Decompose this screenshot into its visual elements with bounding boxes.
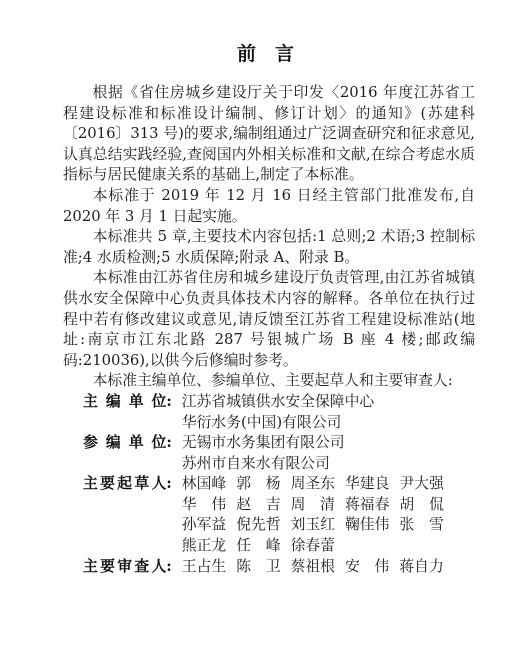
person-name: 蒋福春 [345, 495, 389, 516]
names-row: 王占生陈卫蔡祖根安伟蒋自力 [182, 557, 475, 578]
credit-label: 主要审查人: [83, 557, 172, 578]
person-name: 郭杨 [236, 474, 280, 495]
credit-entry: 参编单位:无锡市水务集团有限公司苏州市自来水有限公司 [83, 433, 475, 474]
organization-name: 华衍水务(中国)有限公司 [182, 413, 475, 434]
credit-label: 参编单位: [83, 433, 172, 474]
person-name: 鞠佳伟 [345, 515, 389, 536]
credit-content: 林国峰郭杨周圣东华建良尹大强华伟赵吉周清蒋福春胡侃孙军益倪先哲刘玉红鞠佳伟张雪熊… [182, 474, 475, 556]
person-name: 倪先哲 [236, 515, 280, 536]
person-name: 蒋自力 [399, 557, 443, 578]
person-name: 华伟 [182, 495, 226, 516]
credit-content: 王占生陈卫蔡祖根安伟蒋自力 [182, 557, 475, 578]
credit-label: 主编单位: [83, 392, 172, 433]
names-row: 林国峰郭杨周圣东华建良尹大强 [182, 474, 475, 495]
person-name: 孙军益 [182, 515, 226, 536]
person-name: 林国峰 [182, 474, 226, 495]
paragraph: 本标准主编单位、参编单位、主要起草人和主要审查人: [63, 371, 475, 392]
person-name: 刘玉红 [291, 515, 335, 536]
paragraph: 本标准于 2019 年 12 月 16 日经主管部门批准发布,自 2020 年 … [63, 186, 475, 227]
person-name: 胡侃 [399, 495, 443, 516]
paragraph: 根据《省住房城乡建设厅关于印发〈2016 年度江苏省工程建设标准和标准设计编制、… [63, 83, 475, 186]
person-name: 任峰 [236, 536, 280, 557]
credit-entry: 主编单位:江苏省城镇供水安全保障中心华衍水务(中国)有限公司 [83, 392, 475, 433]
names-row: 孙军益倪先哲刘玉红鞠佳伟张雪 [182, 515, 475, 536]
credits-section: 主编单位:江苏省城镇供水安全保障中心华衍水务(中国)有限公司参编单位:无锡市水务… [63, 392, 475, 577]
person-name: 徐春蕾 [291, 536, 335, 557]
credit-content: 无锡市水务集团有限公司苏州市自来水有限公司 [182, 433, 475, 474]
person-name: 周清 [291, 495, 335, 516]
credit-content: 江苏省城镇供水安全保障中心华衍水务(中国)有限公司 [182, 392, 475, 433]
credit-entry: 主要起草人:林国峰郭杨周圣东华建良尹大强华伟赵吉周清蒋福春胡侃孙军益倪先哲刘玉红… [83, 474, 475, 556]
preface-body: 根据《省住房城乡建设厅关于印发〈2016 年度江苏省工程建设标准和标准设计编制、… [63, 83, 475, 577]
person-name: 赵吉 [236, 495, 280, 516]
paragraph: 本标准共 5 章,主要技术内容包括:1 总则;2 术语;3 控制标准;4 水质检… [63, 227, 475, 268]
person-name: 王占生 [182, 557, 226, 578]
person-name: 尹大强 [399, 474, 443, 495]
organization-name: 无锡市水务集团有限公司 [182, 433, 475, 454]
paragraph: 本标准由江苏省住房和城乡建设厅负责管理,由江苏省城镇供水安全保障中心负责具体技术… [63, 268, 475, 371]
names-row: 熊正龙任峰徐春蕾 [182, 536, 475, 557]
names-row: 华伟赵吉周清蒋福春胡侃 [182, 495, 475, 516]
person-name: 安伟 [345, 557, 389, 578]
organization-name: 江苏省城镇供水安全保障中心 [182, 392, 475, 413]
credit-label: 主要起草人: [83, 474, 172, 556]
person-name: 熊正龙 [182, 536, 226, 557]
credit-entry: 主要审查人:王占生陈卫蔡祖根安伟蒋自力 [83, 557, 475, 578]
document-page: 前 言 根据《省住房城乡建设厅关于印发〈2016 年度江苏省工程建设标准和标准设… [0, 0, 531, 665]
person-name: 华建良 [345, 474, 389, 495]
person-name: 陈卫 [236, 557, 280, 578]
person-name: 蔡祖根 [291, 557, 335, 578]
organization-name: 苏州市自来水有限公司 [182, 454, 475, 475]
person-name: 周圣东 [291, 474, 335, 495]
page-title: 前 言 [0, 41, 531, 67]
person-name: 张雪 [399, 515, 443, 536]
